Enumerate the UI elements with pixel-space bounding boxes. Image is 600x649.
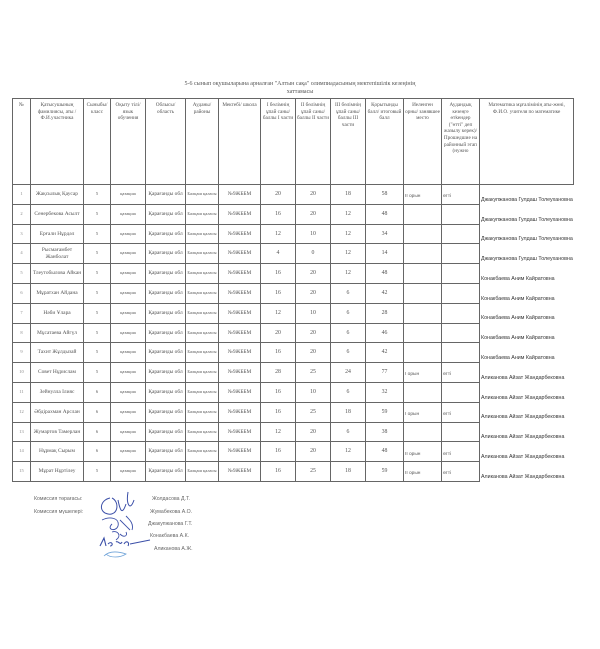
table-row: 11Зейнулла Ілияс6қазақшаҚарағанды облБал…	[13, 382, 574, 402]
cell-advanced: өтті	[442, 363, 480, 383]
cell-p1: 16	[261, 264, 296, 284]
cell-advanced	[442, 303, 480, 323]
cell-lang: қазақша	[111, 303, 146, 323]
cell-no: 2	[13, 204, 31, 224]
cell-school: №9ЖББМ	[219, 402, 261, 422]
table-row: 12Әбдірахман Арслан6қазақшаҚарағанды обл…	[13, 402, 574, 422]
cell-name: Тлеутобылова Айкан	[31, 264, 84, 284]
cell-place	[404, 283, 442, 303]
cell-p2: 20	[296, 204, 331, 224]
column-header: I бөлімнің ұпай саны/ баллы I части	[261, 99, 296, 185]
cell-place: II орын	[404, 462, 442, 482]
cell-p1: 28	[261, 363, 296, 383]
cell-p3: 18	[331, 462, 366, 482]
cell-region: Қарағанды обл	[146, 204, 186, 224]
cell-no: 3	[13, 224, 31, 244]
cell-grade: 5	[84, 283, 111, 303]
cell-name: Мұратхан Айдана	[31, 283, 84, 303]
cell-name: Жумартов Тамерлан	[31, 422, 84, 442]
cell-p2: 10	[296, 303, 331, 323]
cell-p2: 25	[296, 462, 331, 482]
cell-teacher: Джакупжанова Гулдаш Толеухановна	[480, 204, 574, 224]
cell-no: 5	[13, 264, 31, 284]
cell-lang: қазақша	[111, 402, 146, 422]
table-row: 14Нұрмақ Сырым6қазақшаҚарағанды облБалқа…	[13, 442, 574, 462]
cell-place: II орын	[404, 442, 442, 462]
cell-grade: 5	[84, 323, 111, 343]
cell-grade: 5	[84, 264, 111, 284]
cell-school: №9ЖББМ	[219, 462, 261, 482]
cell-p1: 16	[261, 382, 296, 402]
table-row: 15Мұрат Нұртілеу5қазақшаҚарағанды облБал…	[13, 462, 574, 482]
cell-lang: қазақша	[111, 244, 146, 264]
column-header: Облысы/ область	[146, 99, 186, 185]
cell-p1: 16	[261, 283, 296, 303]
cell-p1: 16	[261, 204, 296, 224]
table-row: 10Совет Нұрислам5қазақшаҚарағанды облБал…	[13, 363, 574, 383]
table-row: 7Нәби Ұлара5қазақшаҚарағанды облБалқаш қ…	[13, 303, 574, 323]
cell-p1: 12	[261, 303, 296, 323]
cell-region: Қарағанды обл	[146, 382, 186, 402]
cell-total: 46	[366, 323, 404, 343]
cell-name: Зейнулла Ілияс	[31, 382, 84, 402]
cell-district: Балқаш қаласы	[186, 323, 219, 343]
cell-place: II орын	[404, 185, 442, 205]
cell-lang: қазақша	[111, 323, 146, 343]
cell-school: №9ЖББМ	[219, 343, 261, 363]
cell-lang: қазақша	[111, 283, 146, 303]
column-header: №	[13, 99, 31, 185]
cell-p3: 24	[331, 363, 366, 383]
cell-grade: 6	[84, 422, 111, 442]
cell-total: 42	[366, 343, 404, 363]
cell-place	[404, 264, 442, 284]
cell-total: 32	[366, 382, 404, 402]
header-row: №Қатысушының фамилиясы, аты /Ф.И.участни…	[13, 99, 574, 185]
cell-p1: 12	[261, 224, 296, 244]
column-header: II бөлімнің ұпай саны/ баллы II части	[296, 99, 331, 185]
column-header: Оқыту тілі/ язык обучения	[111, 99, 146, 185]
cell-school: №9ЖББМ	[219, 422, 261, 442]
cell-lang: қазақша	[111, 422, 146, 442]
cell-district: Балқаш қаласы	[186, 224, 219, 244]
cell-p3: 6	[331, 343, 366, 363]
cell-p1: 16	[261, 343, 296, 363]
commission-chair-label: Комиссия төрағасы:	[34, 496, 82, 502]
cell-place	[404, 422, 442, 442]
cell-p2: 10	[296, 382, 331, 402]
cell-name: Ерғали Нұрдәл	[31, 224, 84, 244]
cell-name: Нұрмақ Сырым	[31, 442, 84, 462]
table-row: 8Мұсатаева Айгүл5қазақшаҚарағанды облБал…	[13, 323, 574, 343]
cell-p2: 25	[296, 363, 331, 383]
cell-teacher: Аликанова Айзат Жандарбековна	[480, 442, 574, 462]
cell-school: №9ЖББМ	[219, 204, 261, 224]
cell-district: Балқаш қаласы	[186, 402, 219, 422]
cell-district: Балқаш қаласы	[186, 264, 219, 284]
cell-p1: 16	[261, 402, 296, 422]
cell-name: Жақсылық Қаусар	[31, 185, 84, 205]
cell-district: Балқаш қаласы	[186, 363, 219, 383]
cell-advanced: өтті	[442, 442, 480, 462]
cell-place: I орын	[404, 402, 442, 422]
cell-p3: 12	[331, 224, 366, 244]
cell-p3: 12	[331, 244, 366, 264]
title-line-2: хаттамасы	[0, 88, 600, 96]
cell-name: Рысмағамбет Жанболат	[31, 244, 84, 264]
cell-no: 1	[13, 185, 31, 205]
cell-place	[404, 343, 442, 363]
cell-p1: 12	[261, 422, 296, 442]
cell-lang: қазақша	[111, 224, 146, 244]
cell-p3: 6	[331, 323, 366, 343]
cell-teacher: Конакбаева Аним Кайратовна	[480, 303, 574, 323]
cell-teacher: Аликанова Айзат Жандарбековна	[480, 382, 574, 402]
cell-p2: 25	[296, 402, 331, 422]
cell-teacher: Джакупжанова Гулдаш Толеухановна	[480, 244, 574, 264]
cell-p3: 6	[331, 283, 366, 303]
cell-grade: 5	[84, 303, 111, 323]
cell-total: 48	[366, 264, 404, 284]
cell-name: Мұрат Нұртілеу	[31, 462, 84, 482]
cell-lang: қазақша	[111, 204, 146, 224]
cell-place	[404, 244, 442, 264]
cell-p2: 20	[296, 323, 331, 343]
cell-advanced	[442, 343, 480, 363]
cell-place	[404, 224, 442, 244]
document-title: 5-6 сынып оқушыларына арналған "Алтын са…	[0, 80, 600, 96]
cell-p3: 6	[331, 422, 366, 442]
cell-advanced	[442, 382, 480, 402]
cell-no: 13	[13, 422, 31, 442]
cell-school: №9ЖББМ	[219, 185, 261, 205]
cell-school: №9ЖББМ	[219, 363, 261, 383]
cell-total: 48	[366, 442, 404, 462]
cell-advanced	[442, 244, 480, 264]
cell-region: Қарағанды обл	[146, 402, 186, 422]
cell-place	[404, 303, 442, 323]
cell-lang: қазақша	[111, 363, 146, 383]
cell-p1: 16	[261, 442, 296, 462]
cell-p2: 10	[296, 224, 331, 244]
cell-teacher: Конакбаева Аним Кайратовна	[480, 283, 574, 303]
cell-total: 28	[366, 303, 404, 323]
cell-no: 10	[13, 363, 31, 383]
cell-p2: 20	[296, 283, 331, 303]
cell-total: 34	[366, 224, 404, 244]
cell-district: Балқаш қаласы	[186, 283, 219, 303]
cell-p2: 0	[296, 244, 331, 264]
cell-name: Совет Нұрислам	[31, 363, 84, 383]
cell-p3: 12	[331, 264, 366, 284]
table-row: 4Рысмағамбет Жанболат5қазақшаҚарағанды о…	[13, 244, 574, 264]
cell-district: Балқаш қаласы	[186, 185, 219, 205]
cell-no: 4	[13, 244, 31, 264]
table-row: 6Мұратхан Айдана5қазақшаҚарағанды облБал…	[13, 283, 574, 303]
cell-advanced: өтті	[442, 185, 480, 205]
cell-grade: 5	[84, 343, 111, 363]
cell-teacher: Конакбаева Аним Кайратовна	[480, 264, 574, 284]
cell-region: Қарағанды обл	[146, 244, 186, 264]
handwritten-signature-icon	[90, 490, 160, 560]
cell-grade: 6	[84, 382, 111, 402]
cell-region: Қарағанды обл	[146, 264, 186, 284]
cell-district: Балқаш қаласы	[186, 442, 219, 462]
results-table: №Қатысушының фамилиясы, аты /Ф.И.участни…	[12, 98, 574, 482]
cell-district: Балқаш қаласы	[186, 422, 219, 442]
cell-place	[404, 204, 442, 224]
cell-no: 9	[13, 343, 31, 363]
cell-school: №9ЖББМ	[219, 382, 261, 402]
cell-teacher: Аликанова Айзат Жандарбековна	[480, 422, 574, 442]
cell-grade: 5	[84, 244, 111, 264]
cell-teacher: Джакупжанова Гулдаш Толеухановна	[480, 224, 574, 244]
cell-total: 14	[366, 244, 404, 264]
cell-grade: 5	[84, 462, 111, 482]
cell-no: 7	[13, 303, 31, 323]
commission-members-label: Комиссия мүшелері:	[34, 509, 83, 515]
cell-district: Балқаш қаласы	[186, 343, 219, 363]
column-header: Қорытынды балл/ итоговый балл	[366, 99, 404, 185]
cell-grade: 5	[84, 363, 111, 383]
cell-grade: 6	[84, 442, 111, 462]
cell-p2: 20	[296, 343, 331, 363]
table-row: 9Тахит Жұлдызай5қазақшаҚарағанды облБалқ…	[13, 343, 574, 363]
table-row: 3Ерғали Нұрдәл5қазақшаҚарағанды облБалқа…	[13, 224, 574, 244]
cell-lang: қазақша	[111, 382, 146, 402]
cell-advanced	[442, 224, 480, 244]
table-row: 1Жақсылық Қаусар5қазақшаҚарағанды облБал…	[13, 185, 574, 205]
cell-p2: 20	[296, 442, 331, 462]
cell-lang: қазақша	[111, 462, 146, 482]
column-header: Мектебі/ школа	[219, 99, 261, 185]
cell-place: I орын	[404, 363, 442, 383]
column-header: Ауданы/ районы	[186, 99, 219, 185]
cell-teacher: Конакбаева Аним Кайратовна	[480, 323, 574, 343]
cell-no: 15	[13, 462, 31, 482]
cell-total: 59	[366, 462, 404, 482]
cell-school: №9ЖББМ	[219, 283, 261, 303]
cell-no: 14	[13, 442, 31, 462]
table-row: 13Жумартов Тамерлан6қазақшаҚарағанды обл…	[13, 422, 574, 442]
column-header: Иеленген орны/ занявшее место	[404, 99, 442, 185]
cell-no: 11	[13, 382, 31, 402]
cell-total: 38	[366, 422, 404, 442]
cell-grade: 6	[84, 402, 111, 422]
cell-district: Балқаш қаласы	[186, 303, 219, 323]
table-body: 1Жақсылық Қаусар5қазақшаҚарағанды облБал…	[13, 185, 574, 482]
cell-advanced	[442, 422, 480, 442]
cell-teacher: Джакупжанова Гулдаш Толеухановна	[480, 185, 574, 205]
cell-district: Балқаш қаласы	[186, 244, 219, 264]
column-header: III бөлімнің ұпай саны/ баллы III части	[331, 99, 366, 185]
cell-name: Тахит Жұлдызай	[31, 343, 84, 363]
cell-teacher: Конакбаева Аним Кайратовна	[480, 343, 574, 363]
cell-lang: қазақша	[111, 264, 146, 284]
cell-p1: 20	[261, 323, 296, 343]
title-line-1: 5-6 сынып оқушыларына арналған "Алтын са…	[0, 80, 600, 88]
cell-p3: 12	[331, 204, 366, 224]
column-header: Сыныбы/класс	[84, 99, 111, 185]
cell-p2: 20	[296, 185, 331, 205]
cell-region: Қарағанды обл	[146, 323, 186, 343]
cell-district: Балқаш қаласы	[186, 462, 219, 482]
cell-school: №9ЖББМ	[219, 244, 261, 264]
cell-advanced	[442, 283, 480, 303]
cell-no: 6	[13, 283, 31, 303]
cell-region: Қарағанды обл	[146, 224, 186, 244]
cell-grade: 5	[84, 204, 111, 224]
cell-advanced: өтті	[442, 462, 480, 482]
cell-school: №9ЖББМ	[219, 264, 261, 284]
cell-p3: 18	[331, 185, 366, 205]
cell-region: Қарағанды обл	[146, 283, 186, 303]
cell-p3: 18	[331, 402, 366, 422]
cell-region: Қарағанды обл	[146, 462, 186, 482]
cell-teacher: Аликанова Айзат Жандарбековна	[480, 363, 574, 383]
cell-region: Қарағанды обл	[146, 422, 186, 442]
cell-lang: қазақша	[111, 442, 146, 462]
cell-p1: 4	[261, 244, 296, 264]
cell-region: Қарағанды обл	[146, 303, 186, 323]
cell-p1: 16	[261, 462, 296, 482]
cell-lang: қазақша	[111, 185, 146, 205]
cell-p3: 6	[331, 382, 366, 402]
cell-district: Балқаш қаласы	[186, 204, 219, 224]
cell-p1: 20	[261, 185, 296, 205]
table-row: 5Тлеутобылова Айкан5қазақшаҚарағанды обл…	[13, 264, 574, 284]
cell-school: №9ЖББМ	[219, 323, 261, 343]
cell-region: Қарағанды обл	[146, 343, 186, 363]
cell-p3: 12	[331, 442, 366, 462]
table-row: 2Сенербекова Асылт5қазақшаҚарағанды облБ…	[13, 204, 574, 224]
cell-p2: 20	[296, 422, 331, 442]
cell-no: 12	[13, 402, 31, 422]
cell-total: 77	[366, 363, 404, 383]
cell-region: Қарағанды обл	[146, 185, 186, 205]
cell-p2: 20	[296, 264, 331, 284]
cell-advanced: өтті	[442, 402, 480, 422]
cell-school: №9ЖББМ	[219, 303, 261, 323]
cell-place	[404, 323, 442, 343]
cell-name: Әбдірахман Арслан	[31, 402, 84, 422]
cell-lang: қазақша	[111, 343, 146, 363]
cell-total: 59	[366, 402, 404, 422]
cell-advanced	[442, 323, 480, 343]
cell-school: №9ЖББМ	[219, 224, 261, 244]
cell-region: Қарағанды обл	[146, 363, 186, 383]
cell-place	[404, 382, 442, 402]
cell-name: Сенербекова Асылт	[31, 204, 84, 224]
cell-name: Мұсатаева Айгүл	[31, 323, 84, 343]
column-header: Математика мұғалімінің аты-жөні, Ф.И.О. …	[480, 99, 574, 185]
cell-school: №9ЖББМ	[219, 442, 261, 462]
cell-region: Қарағанды обл	[146, 442, 186, 462]
cell-no: 8	[13, 323, 31, 343]
cell-teacher: Аликанова Айзат Жандарбековна	[480, 462, 574, 482]
cell-grade: 5	[84, 224, 111, 244]
column-header: Аудандық кезеңге өтkендер ("өтті" деп жа…	[442, 99, 480, 185]
cell-p3: 6	[331, 303, 366, 323]
cell-advanced	[442, 264, 480, 284]
cell-total: 42	[366, 283, 404, 303]
cell-total: 48	[366, 204, 404, 224]
cell-grade: 5	[84, 185, 111, 205]
cell-name: Нәби Ұлара	[31, 303, 84, 323]
cell-teacher: Аликанова Айзат Жандарбековна	[480, 402, 574, 422]
cell-advanced	[442, 204, 480, 224]
cell-district: Балқаш қаласы	[186, 382, 219, 402]
column-header: Қатысушының фамилиясы, аты /Ф.И.участник…	[31, 99, 84, 185]
cell-total: 58	[366, 185, 404, 205]
